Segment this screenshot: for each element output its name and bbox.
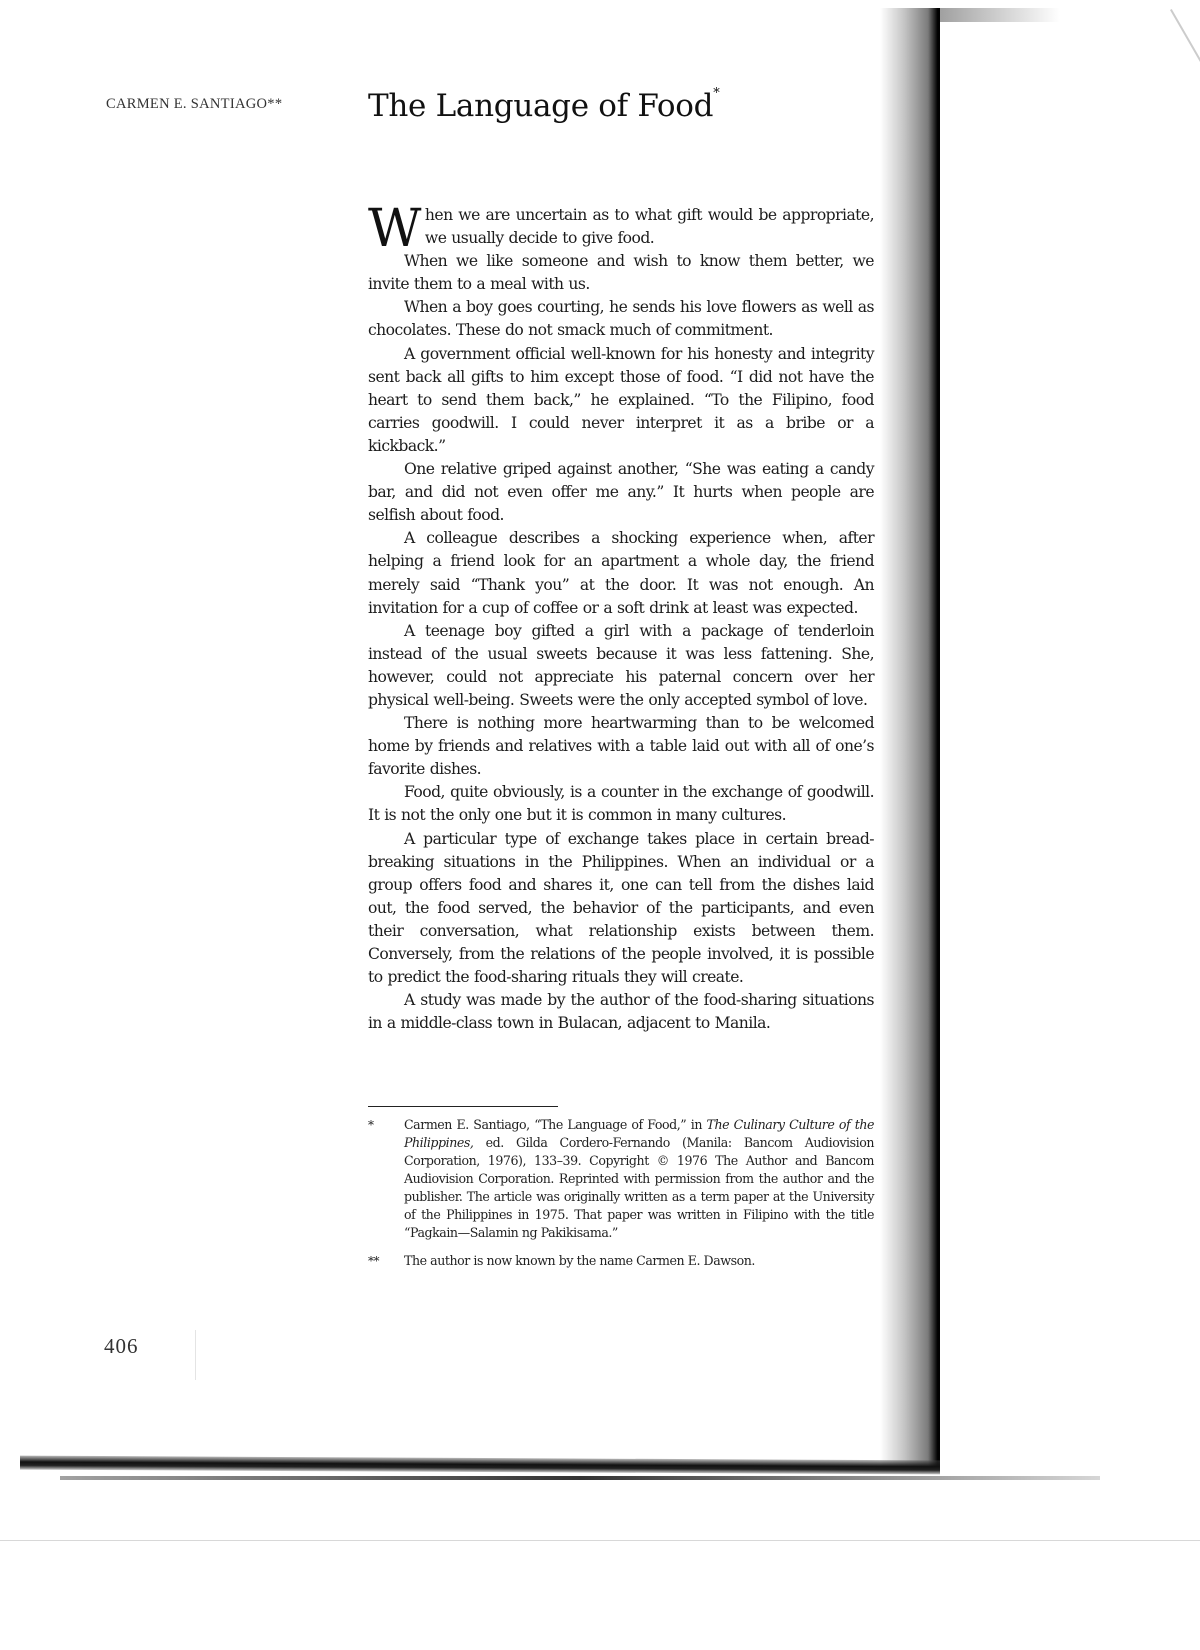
paragraph: A government official well-known for his… — [368, 343, 874, 458]
paragraph: When we are uncertain as to what gift wo… — [368, 204, 874, 250]
scan-edge-shadow-lower — [60, 1476, 1100, 1480]
paragraph: When we like someone and wish to know th… — [368, 250, 874, 296]
title-footnote-mark: * — [713, 86, 719, 101]
scan-edge-shadow — [20, 1456, 940, 1475]
footnotes: * Carmen E. Santiago, “The Language of F… — [368, 1116, 874, 1280]
margin-mark — [195, 1330, 196, 1380]
paragraph: A teenage boy gifted a girl with a packa… — [368, 620, 874, 712]
paragraph: Food, quite obviously, is a counter in t… — [368, 781, 874, 827]
paragraph: There is nothing more heartwarming than … — [368, 712, 874, 781]
scanned-page: CARMEN E. SANTIAGO** The Language of Foo… — [0, 0, 1200, 1650]
footnote-mark: ** — [368, 1252, 379, 1270]
footnote-2: ** The author is now known by the name C… — [368, 1252, 874, 1270]
paragraph: When a boy goes courting, he sends his l… — [368, 296, 874, 342]
page-corner-fold — [1170, 9, 1200, 79]
article-title-text: The Language of Food — [368, 88, 713, 124]
running-head-author: CARMEN E. SANTIAGO** — [106, 96, 282, 113]
page-number: 406 — [104, 1334, 139, 1359]
footnote-1: * Carmen E. Santiago, “The Language of F… — [368, 1116, 874, 1242]
paragraph: A study was made by the author of the fo… — [368, 989, 874, 1035]
paragraph: One relative griped against another, “Sh… — [368, 458, 874, 527]
article-body: When we are uncertain as to what gift wo… — [368, 204, 874, 1035]
footnote-divider — [368, 1106, 558, 1107]
scan-bed-edge — [0, 1540, 1200, 1541]
article-title: The Language of Food* — [368, 88, 719, 124]
binding-shadow — [880, 8, 940, 1468]
drop-cap: W — [368, 208, 421, 250]
binding-shadow-top — [940, 8, 1060, 22]
footnote-mark: * — [368, 1116, 374, 1134]
paragraph: A colleague describes a shocking experie… — [368, 527, 874, 619]
paragraph: A particular type of exchange takes plac… — [368, 828, 874, 990]
